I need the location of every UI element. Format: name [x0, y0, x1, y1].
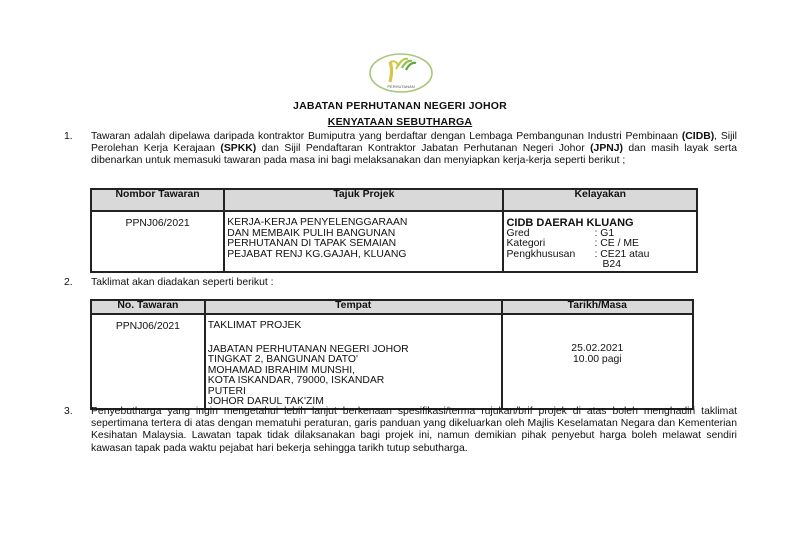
- section-1-number: 1.: [64, 131, 73, 143]
- project-table: Nombor Tawaran Tajuk Projek Kelayakan PP…: [90, 188, 698, 273]
- tempat-title: TAKLIMAT PROJEK: [208, 321, 499, 332]
- briefing-date: 25.02.2021: [505, 344, 690, 355]
- col-kelayakan: Kelayakan: [503, 189, 697, 211]
- kelayakan-cell: CIDB DAERAH KLUANG Gred: G1 Kategori: CE…: [503, 211, 697, 272]
- col-nombor-tawaran: Nombor Tawaran: [91, 189, 224, 211]
- section-2-number: 2.: [64, 277, 73, 289]
- perhutanan-logo-icon: PERHUTANAN: [368, 52, 434, 94]
- table-header-row: Nombor Tawaran Tajuk Projek Kelayakan: [91, 189, 697, 211]
- organization-title: JABATAN PERHUTANAN NEGERI JOHOR: [0, 100, 800, 112]
- section-3-text: Penyebutharga yang ingin mengetahui lebi…: [91, 406, 737, 455]
- briefing-table: No. Tawaran Tempat Tarikh/Masa PPNJ06/20…: [90, 299, 694, 410]
- tempat-cell: TAKLIMAT PROJEK JABATAN PERHUTANAN NEGER…: [205, 314, 502, 409]
- document-title: KENYATAAN SEBUTHARGA: [0, 116, 800, 128]
- briefing-time: 10.00 pagi: [505, 355, 690, 366]
- jpnj-abbr: (JPNJ): [590, 143, 623, 154]
- section-1-text: Tawaran adalah dipelawa daripada kontrak…: [91, 131, 737, 168]
- section-2-text: Taklimat akan diadakan seperti berikut :: [91, 277, 737, 289]
- table-row: PPNJ06/2021 TAKLIMAT PROJEK JABATAN PERH…: [91, 314, 693, 409]
- kelayakan-heading: CIDB DAERAH KLUANG: [506, 218, 694, 229]
- col-tajuk-projek: Tajuk Projek: [224, 189, 503, 211]
- col-tarikh-masa: Tarikh/Masa: [502, 300, 693, 314]
- nombor-tawaran-cell: PPNJ06/2021: [91, 211, 224, 272]
- tarikh-masa-cell: 25.02.2021 10.00 pagi: [502, 314, 693, 409]
- col-tempat: Tempat: [205, 300, 502, 314]
- tajuk-projek-cell: KERJA-KERJA PENYELENGGARAAN DAN MEMBAIK …: [224, 211, 503, 272]
- col-no-tawaran: No. Tawaran: [91, 300, 205, 314]
- table-row: PPNJ06/2021 KERJA-KERJA PENYELENGGARAAN …: [91, 211, 697, 272]
- section-3-number: 3.: [64, 406, 73, 418]
- no-tawaran-cell: PPNJ06/2021: [91, 314, 205, 409]
- cidb-abbr: (CIDB): [682, 131, 714, 142]
- spkk-abbr: (SPKK): [220, 143, 256, 154]
- svg-text:PERHUTANAN: PERHUTANAN: [387, 84, 414, 89]
- table-header-row: No. Tawaran Tempat Tarikh/Masa: [91, 300, 693, 314]
